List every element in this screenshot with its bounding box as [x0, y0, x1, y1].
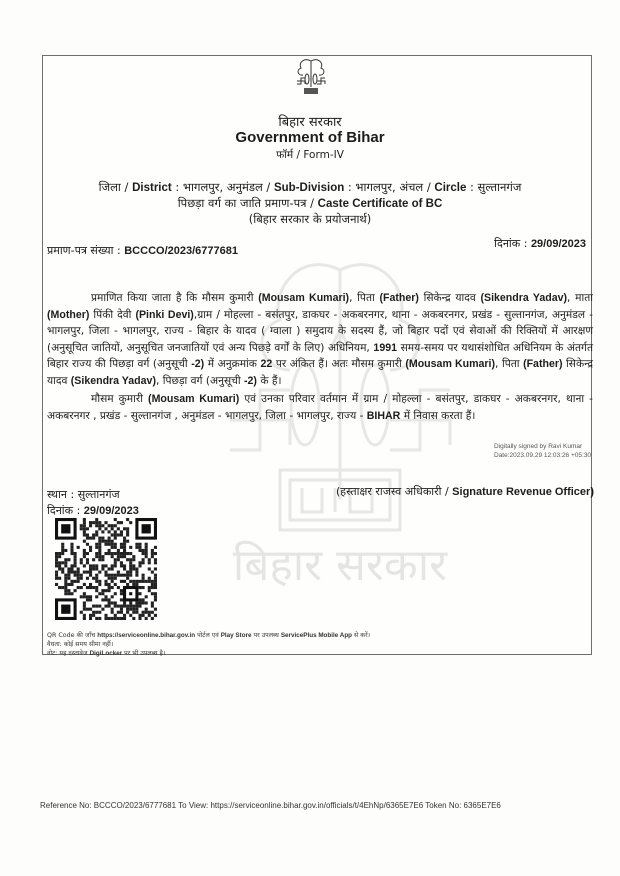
certificate-purpose: (बिहार सरकार के प्रयोजनार्थ) — [0, 212, 620, 227]
certificate-date: दिनांक : 29/09/2023 — [494, 236, 586, 251]
verify-link[interactable]: https://serviceonline.bihar.gov.in — [97, 632, 195, 639]
title-english: Government of Bihar — [0, 129, 620, 146]
qr-code-icon[interactable] — [55, 518, 157, 620]
residence-paragraph: मौसम कुमारी (Mousam Kumari) एवं उनका परि… — [47, 391, 593, 424]
issue-date: दिनांक : 29/09/2023 — [47, 503, 139, 518]
verification-notes: QR Code की जाँच https://serviceonline.bi… — [47, 631, 370, 658]
reference-footer: Reference No: BCCCO/2023/6777681 To View… — [40, 801, 501, 810]
signature-revenue-officer: (हस्ताक्षर राजस्व अधिकारी / Signature Re… — [336, 484, 594, 499]
jurisdiction-line: जिला / District : भागलपुर, अनुमंडल / Sub… — [0, 180, 620, 195]
certificate-title: पिछड़ा वर्ग का जाति प्रमाण-पत्र / Caste … — [0, 196, 620, 211]
certificate-number: प्रमाण-पत्र संख्या : BCCCO/2023/6777681 — [47, 243, 238, 258]
digital-signature: Digitally signed by Ravi Kumar Date:2023… — [494, 442, 591, 460]
bihar-government-emblem-icon — [294, 57, 328, 99]
form-number: फॉर्म / Form-IV — [0, 148, 620, 162]
svg-text:बिहार सरकार: बिहार सरकार — [233, 540, 448, 591]
title-hindi: बिहार सरकार — [0, 112, 620, 130]
place: स्थान : सुल्तानगंज — [47, 487, 120, 502]
certification-paragraph: प्रमाणित किया जाता है कि मौसम कुमारी (Mo… — [47, 290, 593, 389]
